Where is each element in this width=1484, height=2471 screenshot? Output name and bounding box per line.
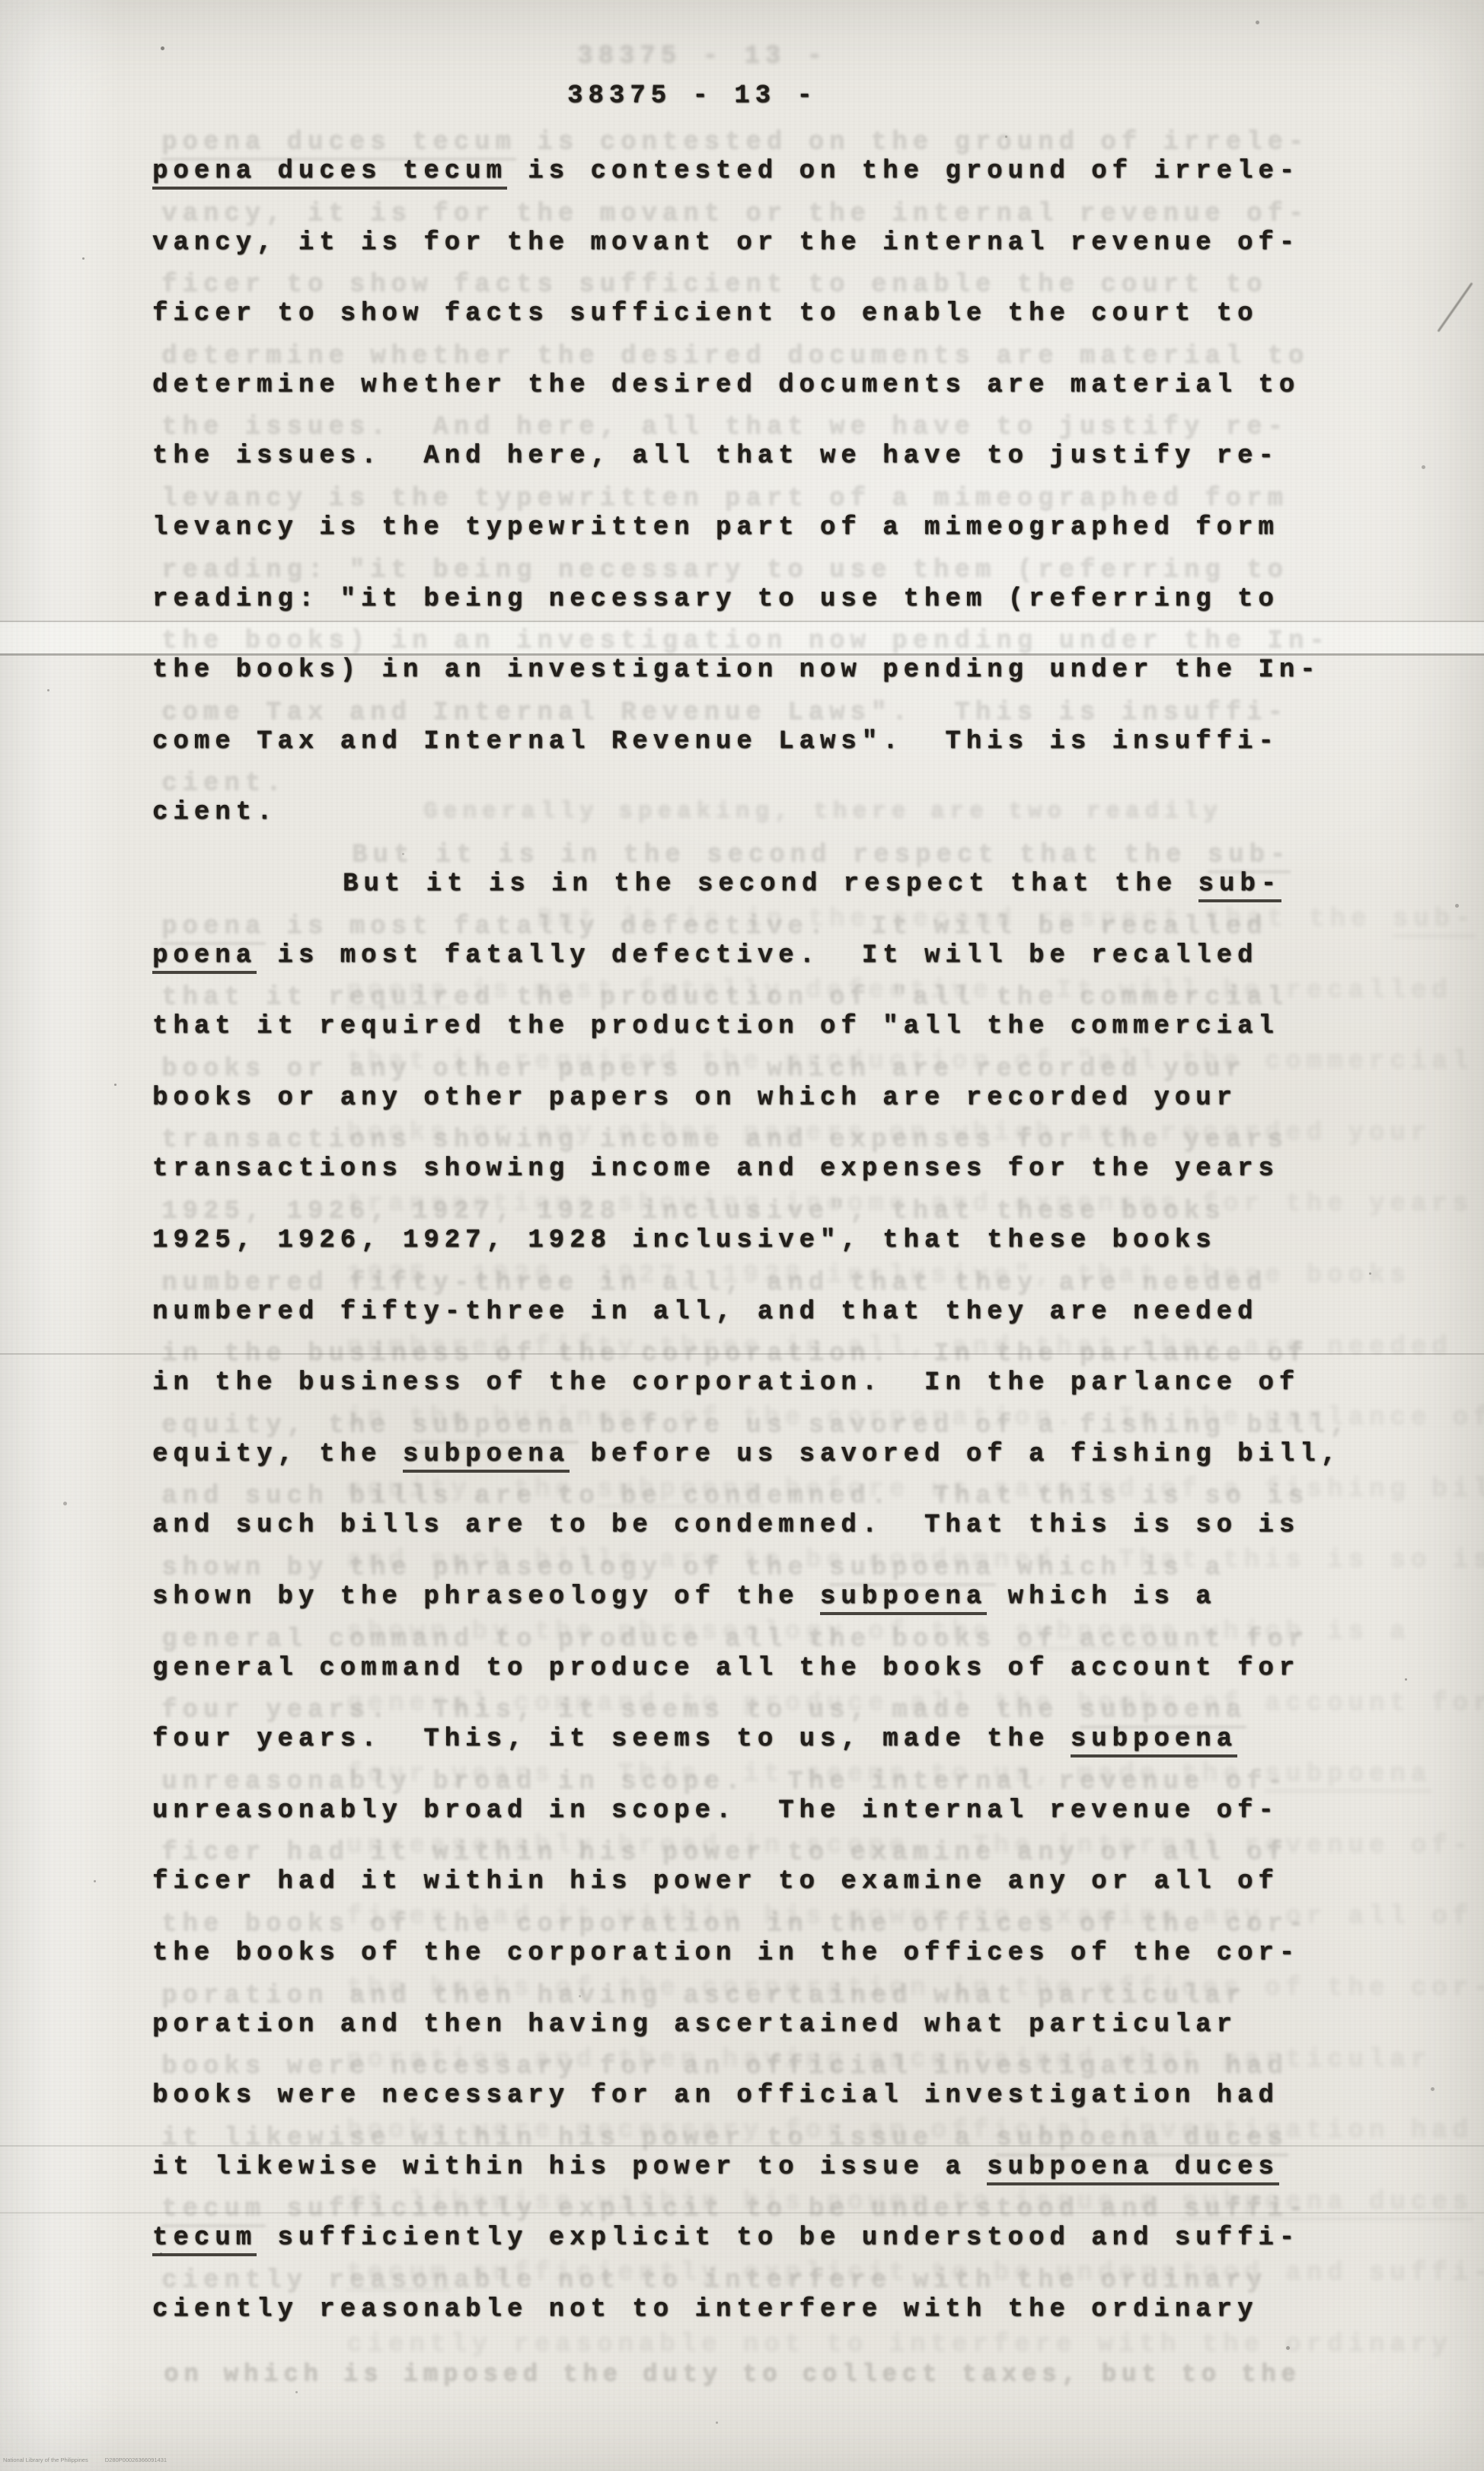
text-segment: the issues. And here, all that we have t… [152,442,1279,471]
underlined-text-segment: sub- [1393,905,1476,937]
text-segment: the books of the corporation in the offi… [152,1939,1300,1968]
ghost-text-line: come Tax and Internal Revenue Laws". Thi… [161,698,1288,728]
text-segment: before us savored of a fishing bill, [579,1411,1351,1440]
text-segment: is most fatally defective. It will be re… [266,912,1267,941]
text-line: ficer to show facts sufficient to enable… [152,298,1258,329]
text-segment: levancy is the typewritten part of a mim… [161,484,1288,513]
ghost-text-line: general command to produce all the books… [161,1624,1309,1655]
text-segment: determine whether the desired documents … [161,342,1309,371]
ghost-text-line: numbered fifty-three in all, and that th… [161,1268,1267,1298]
ghost-text-line: that it required the production of "all … [161,982,1288,1013]
text-segment: determine whether the desired documents … [152,371,1300,400]
text-line: tecum sufficiently explicit to be unders… [152,2223,1300,2253]
text-segment: which is a [987,1582,1216,1611]
ghost-text-line: vancy, it is for the movant or the inter… [161,199,1309,229]
text-segment: ficer had it within his power to examine… [161,1838,1288,1867]
text-segment: it likewise within his power to issue a [152,2153,987,2182]
text-line: ciently reasonable not to interfere with… [152,2294,1258,2325]
text-segment: that it required the production of "all … [161,983,1288,1012]
ghost-text-line: transactions showing income and expenses… [161,1125,1288,1155]
text-segment: the issues. And here, all that we have t… [161,413,1288,442]
underlined-text-segment: subpoena [403,1440,570,1473]
text-segment: is contested on the ground of irrele- [507,157,1300,186]
text-line: numbered fifty-three in all, and that th… [152,1297,1258,1327]
underlined-text-segment: sub- [1198,870,1282,902]
text-segment: vancy, it is for the movant or the inter… [161,200,1309,228]
text-line: general command to produce all the books… [152,1653,1300,1684]
text-segment: reading: "it being necessary to use them… [161,556,1288,585]
text-segment: numbered fifty-three in all, and that th… [161,1269,1267,1298]
scan-artifact-line [0,621,1484,622]
text-segment: cient. [161,769,286,798]
text-segment: levancy is the typewritten part of a mim… [152,513,1279,542]
underlined-text-segment: subpoena [820,1582,987,1615]
underlined-text-segment: poena duces tecum [152,157,507,190]
text-segment: sufficiently explicit to be understood a… [257,2224,1300,2252]
text-line: transactions showing income and expenses… [152,1154,1279,1184]
paper-speckles [0,0,2,2]
text-segment: shown by the phraseology of the [161,1553,829,1582]
text-line: the books of the corporation in the offi… [152,1938,1300,1968]
text-line: poena is most fatally defective. It will… [152,940,1258,971]
text-segment: cient. [152,798,277,827]
ghost-text-line: reading: "it being necessary to use them… [161,555,1288,586]
text-segment: equity, the [152,1440,403,1469]
ghost-text-line: levancy is the typewritten part of a mim… [161,484,1288,514]
text-segment: ficer had it within his power to examine… [152,1867,1279,1896]
ghost-text-line: ciently reasonable not to interfere with… [161,2265,1267,2296]
ghost-text-line: cient. [161,768,286,799]
ghost-text-line: in the business of the corporation. In t… [161,1339,1309,1369]
text-segment: shown by the phraseology of the [152,1582,820,1611]
text-line: that it required the production of "all … [152,1011,1279,1042]
text-segment: ciently reasonable not to interfere with… [346,2330,1452,2359]
text-segment: vancy, it is for the movant or the inter… [152,228,1300,257]
text-segment: equity, the [161,1411,412,1440]
ghost-text-line: ficer had it within his power to examine… [161,1837,1288,1868]
text-segment: the books) in an investigation now pendi… [152,656,1321,685]
text-segment: come Tax and Internal Revenue Laws". Thi… [161,698,1288,727]
bleedthrough-fragment: Generally speaking, there are two readil… [423,797,1223,827]
text-line: books were necessary for an official inv… [152,2080,1279,2111]
text-segment: is most fatally defective. It will be re… [257,941,1258,970]
text-line: the books) in an investigation now pendi… [152,655,1321,685]
ghost-text-line: determine whether the desired documents … [161,341,1309,372]
underlined-text-segment: tecum [152,2224,257,2256]
text-segment: that it required the production of "all … [152,1012,1279,1041]
text-segment: which is a [996,1553,1225,1582]
text-line: cient. [152,797,277,828]
text-segment: poration and then having ascertained wha… [152,2010,1237,2039]
ghost-text-line: books or any other papers on which are r… [161,1054,1246,1084]
ghost-text-line: it likewise within his power to issue a … [161,2123,1288,2153]
text-segment: is contested on the ground of irrele- [516,128,1309,157]
text-segment: general command to produce all the books… [152,1654,1300,1683]
underlined-text-segment: subpoena [1071,1725,1237,1757]
ghost-text-line: the books) in an investigation now pendi… [161,626,1330,656]
text-segment: four years. This, it seems to us, made t… [152,1725,1071,1754]
text-line: poration and then having ascertained wha… [152,2010,1237,2040]
text-line: in the business of the corporation. In t… [152,1368,1300,1398]
text-segment: in the business of the corporation. In t… [161,1339,1309,1368]
text-segment: poration and then having ascertained wha… [161,1981,1246,2010]
text-segment: it likewise within his power to issue a [161,2124,996,2153]
text-line: poena duces tecum is contested on the gr… [152,156,1300,187]
library-watermark-label: National Library of the Philippines [3,2457,88,2463]
text-segment: four years. This, it seems to us, made t… [161,1696,1080,1725]
ghost-text-line: equity, the subpoena before us savored o… [161,1410,1351,1441]
text-segment: general command to produce all the books… [161,1625,1309,1654]
ghost-text-line: 1925, 1926, 1927, 1928 inclusive", that … [161,1196,1226,1227]
text-segment: ciently reasonable not to interfere with… [161,2266,1267,2295]
text-segment: ficer to show facts sufficient to enable… [161,270,1267,299]
text-segment: books or any other papers on which are r… [152,1084,1237,1113]
text-segment: books were necessary for an official inv… [161,2052,1288,2081]
text-line: equity, the subpoena before us savored o… [152,1439,1342,1470]
underlined-text-segment: subpoena duces [987,2153,1279,2185]
text-segment: unreasonably broad in scope. The interna… [152,1796,1279,1825]
text-line: it likewise within his power to issue a … [152,2152,1279,2182]
text-line: books or any other papers on which are r… [152,1083,1237,1113]
text-segment: reading: "it being necessary to use them… [152,585,1279,614]
text-segment: But it is in the second respect that the [352,841,1208,870]
text-segment: unreasonably broad in scope. The interna… [161,1767,1288,1796]
text-segment: 1925, 1926, 1927, 1928 inclusive", that … [161,1197,1226,1226]
scanned-document-page: 38375 - 13 - 38375 - 13 - poena duces te… [0,0,1484,2471]
library-watermark: National Library of the Philippines D280… [3,2457,167,2463]
pen-slash-mark [1437,283,1473,333]
text-segment: transactions showing income and expenses… [161,1125,1288,1154]
bleedthrough-last-line: on which is imposed the duty to collect … [164,2359,1301,2390]
library-watermark-code: D280P00026366091431 [105,2457,167,2463]
text-line: reading: "it being necessary to use them… [152,584,1279,615]
text-segment: before us savored of a fishing bill, [570,1440,1342,1469]
text-line: come Tax and Internal Revenue Laws". Thi… [152,726,1279,757]
ghost-text-line: books were necessary for an official inv… [161,2051,1288,2082]
text-segment: and such bills are to be condemned. That… [161,1482,1309,1511]
text-segment: and such bills are to be condemned. That… [152,1511,1300,1540]
text-line: levancy is the typewritten part of a mim… [152,512,1279,543]
text-line: ficer had it within his power to examine… [152,1866,1279,1897]
text-line: 1925, 1926, 1927, 1928 inclusive", that … [152,1225,1217,1256]
ghost-text-line: the books of the corporation in the offi… [161,1909,1309,1939]
page-header-ghost: 38375 - 13 - [577,41,828,72]
text-segment: ciently reasonable not to interfere with… [152,2295,1258,2324]
text-segment: the books) in an investigation now pendi… [161,627,1330,656]
text-segment: come Tax and Internal Revenue Laws". Thi… [152,727,1279,756]
ghost-text-line: shown by the phraseology of the subpoena… [161,1553,1226,1583]
text-segment: ficer to show facts sufficient to enable… [152,299,1258,328]
underlined-text-segment: subpoena [1265,1760,1431,1793]
text-line: the issues. And here, all that we have t… [152,441,1279,471]
ghost-text-line: tecum sufficiently explicit to be unders… [161,2194,1309,2224]
ghost-text-line: four years. This, it seems to us, made t… [161,1695,1246,1726]
page-header: 38375 - 13 - [567,81,818,111]
text-line: shown by the phraseology of the subpoena… [152,1582,1217,1612]
text-segment: 1925, 1926, 1927, 1928 inclusive", that … [152,1226,1217,1255]
text-segment: sufficiently explicit to be understood a… [266,2195,1309,2224]
text-segment: numbered fifty-three in all, and that th… [152,1298,1258,1326]
ghost-text-line: poration and then having ascertained wha… [161,1981,1246,2011]
ghost-text-line: ficer to show facts sufficient to enable… [161,270,1267,300]
ghost-text-line: and such bills are to be condemned. That… [161,1481,1309,1512]
underlined-text-segment: poena [152,941,257,974]
text-segment: But it is in the second respect that the [343,870,1198,899]
text-line: unreasonably broad in scope. The interna… [152,1796,1279,1826]
text-segment: books were necessary for an official inv… [152,2081,1279,2110]
text-line: and such bills are to be condemned. That… [152,1510,1300,1540]
text-segment: transactions showing income and expenses… [152,1154,1279,1183]
text-line: But it is in the second respect that the… [343,869,1281,899]
ghost-text-line: poena duces tecum is contested on the gr… [161,127,1309,158]
text-line: determine whether the desired documents … [152,370,1300,401]
text-line: four years. This, it seems to us, made t… [152,1724,1237,1754]
ghost-text-line: unreasonably broad in scope. The interna… [161,1767,1288,1797]
ghost-text-line: But it is in the second respect that the… [352,840,1291,870]
ghost-text-line: the issues. And here, all that we have t… [161,412,1288,442]
ghost-text-line: poena is most fatally defective. It will… [161,911,1267,942]
bleed-text-line: ciently reasonable not to interfere with… [346,2329,1452,2360]
text-line: vancy, it is for the movant or the inter… [152,228,1300,258]
text-segment: books or any other papers on which are r… [161,1055,1246,1084]
text-segment: in the business of the corporation. In t… [152,1368,1300,1397]
text-segment: the books of the corporation in the offi… [161,1910,1309,1939]
